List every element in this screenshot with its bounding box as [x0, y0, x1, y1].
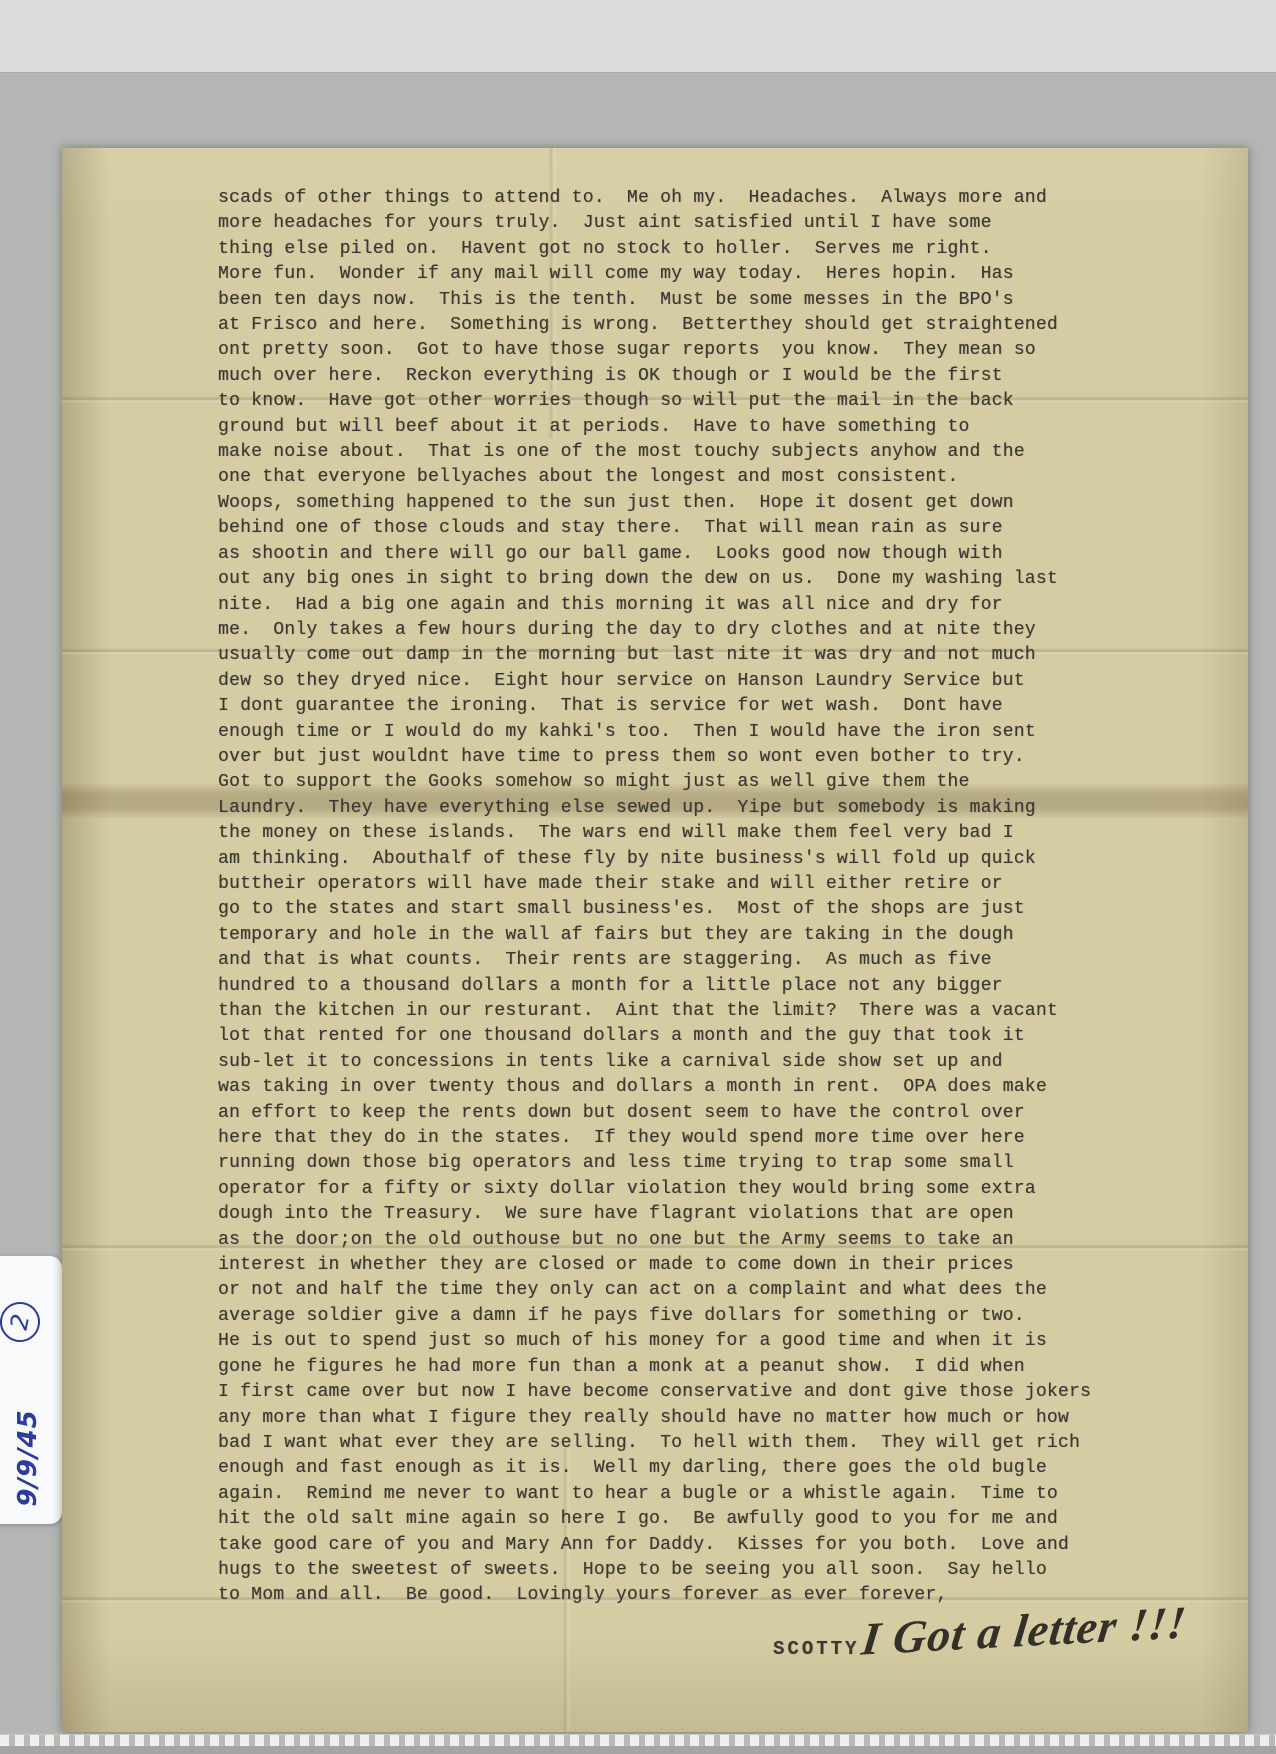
page-number-circled: 2: [0, 1298, 44, 1345]
scanned-letter-page: 2 9/9/45 scads of other things to attend…: [0, 0, 1276, 1754]
signature-row: SCOTTY I Got a letter !!!: [62, 1616, 1248, 1706]
scanner-background-top: [0, 0, 1276, 73]
letter-body-text: scads of other things to attend to. Me o…: [218, 186, 1091, 1609]
letter-paper: scads of other things to attend to. Me o…: [62, 148, 1248, 1732]
scanner-background-bottom: [0, 1746, 1276, 1754]
handwritten-date: 9/9/45: [13, 1409, 43, 1506]
typed-signature: SCOTTY: [773, 1638, 859, 1660]
archival-label-card: 2 9/9/45: [0, 1256, 62, 1524]
